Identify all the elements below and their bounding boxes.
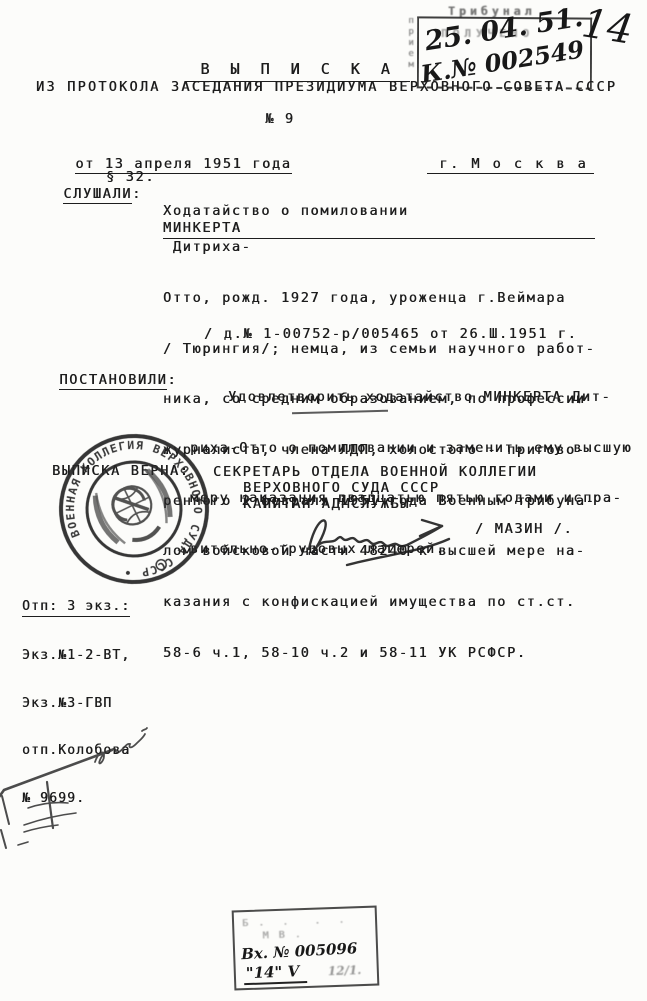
heard-line: Отто, рожд. 1927 года, уроженца г.Веймар… (163, 290, 595, 307)
case-reference: / д.№ 1-00752-р/005465 от 26.Ш.1951 г. (204, 326, 577, 343)
corner-number-handwritten: 14 (579, 0, 636, 53)
heard-line: казания с конфискацией имущества по ст.с… (163, 594, 595, 611)
secretary-signature (295, 503, 465, 571)
resolved-label-colon: : (167, 372, 177, 388)
heard-line: 58-6 ч.1, 58-10 ч.2 и 58-11 УК РСФСР. (163, 645, 595, 662)
resolved-label: ПОСТАНОВИЛИ: (20, 355, 177, 406)
heard-line1-prefix: Ходатайство о помиловании (163, 203, 595, 220)
resolved-line: Удовлетворить ходатайство МИНКЕРТА Дит- (228, 389, 632, 406)
distribution-line: Отп: 3 экз.: (22, 599, 130, 617)
soviet-emblem-icon (89, 466, 179, 553)
document-page: Трибунал ПОЛУЧЕНО прием 25. 04. 51. К.№ … (0, 0, 647, 1001)
secretary-title-line1: СЕКРЕТАРЬ ОТДЕЛА ВОЕННОЙ КОЛЛЕГИИ (213, 464, 537, 481)
heard-line: Ходатайство о помиловании МИНКЕРТА Дитри… (163, 203, 595, 256)
secretary-title-line2: ВЕРХОВНОГО СУДА СССР (243, 480, 440, 497)
heard-section-ref: § 32. (106, 169, 155, 186)
heard-line1-suffix: Дитриха- (163, 239, 595, 256)
heard-label-text: СЛУШАЛИ (63, 186, 132, 205)
distribution-line1-text: Отп: 3 экз.: (22, 599, 130, 617)
registry-entry-date: "14" V (244, 962, 308, 985)
distribution-line: Экз.№3-ГВП (22, 696, 130, 712)
document-subtitle: ИЗ ПРОТОКОЛА ЗАСЕДАНИЯ ПРЕЗИДИУМА ВЕРХОВ… (36, 79, 617, 96)
convict-name: МИНКЕРТА (163, 220, 595, 239)
registry-entry-number: Вх. № 005096 (241, 939, 358, 963)
signed-name: / МАЗИН /. (475, 521, 573, 538)
registry-entry-date-tail: 12/1. (328, 963, 362, 978)
registry-stamp-box: Б . . . . М В . Вх. № 005096 "14" V 12/1… (232, 905, 380, 990)
heard-label-colon: : (132, 186, 142, 202)
handwritten-scribbles (0, 720, 220, 870)
protocol-number: № 9 (0, 111, 560, 128)
resolved-label-text: ПОСТАНОВИЛИ (59, 372, 167, 391)
distribution-line: Экз.№1-2-ВТ, (22, 648, 130, 664)
resolved-line: риха-Отто о помиловании и заменить ему в… (190, 440, 632, 457)
